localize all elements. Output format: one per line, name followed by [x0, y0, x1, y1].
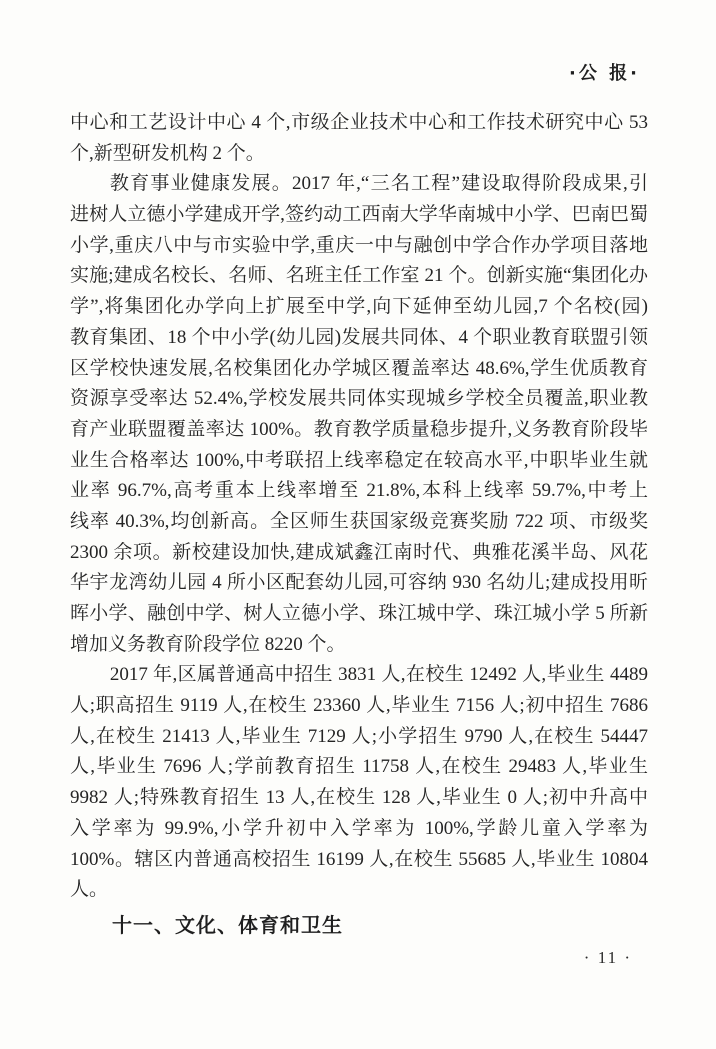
text-line: 资源享受率达 52.4%,学校发展共同体实现城乡学校全员覆盖,职业教	[70, 384, 648, 415]
text-line: 入学率为 99.9%,小学升初中入学率为 100%,学龄儿童入学率为	[70, 814, 648, 845]
text-line: 人,在校生 21413 人,毕业生 7129 人;小学招生 9790 人,在校生…	[70, 722, 648, 753]
text-line: 学”,将集团化办学向上扩展至中学,向下延伸至幼儿园,7 个名校(园)	[70, 292, 648, 323]
text-line: 业率 96.7%,高考重本上线率增至 21.8%,本科上线率 59.7%,中考上	[70, 476, 648, 507]
text-line: 育产业联盟覆盖率达 100%。教育教学质量稳步提升,义务教育阶段毕	[70, 415, 648, 446]
text-line: 9982 人;特殊教育招生 13 人,在校生 128 人,毕业生 0 人;初中升…	[70, 783, 648, 814]
running-header: ·公 报·	[569, 59, 640, 85]
text-line: 增加义务教育阶段学位 8220 个。	[70, 630, 648, 661]
text-line: 实施;建成名校长、名师、名班主任工作室 21 个。创新实施“集团化办	[70, 261, 648, 292]
text-line: 人;职高招生 9119 人,在校生 23360 人,毕业生 7156 人;初中招…	[70, 691, 648, 722]
text-line: 教育集团、18 个中小学(幼儿园)发展共同体、4 个职业教育联盟引领全	[70, 323, 648, 354]
text-line: 个,新型研发机构 2 个。	[70, 139, 648, 170]
text-line: 华宇龙湾幼儿园 4 所小区配套幼儿园,可容纳 930 名幼儿;建成投用昕	[70, 568, 648, 599]
text-line: 小学,重庆八中与市实验中学,重庆一中与融创中学合作办学项目落地	[70, 231, 648, 262]
page-number: · 11 ·	[584, 948, 632, 968]
text-line: 晖小学、融创中学、树人立德小学、珠江城中学、珠江城小学 5 所新校,	[70, 599, 648, 630]
body-text: 中心和工艺设计中心 4 个,市级企业技术中心和工作技术研究中心 53个,新型研发…	[70, 108, 648, 906]
text-line: 2017 年,区属普通高中招生 3831 人,在校生 12492 人,毕业生 4…	[70, 660, 648, 691]
text-line: 教育事业健康发展。2017 年,“三名工程”建设取得阶段成果,引	[70, 169, 648, 200]
text-line: 进树人立德小学建成开学,签约动工西南大学华南城中小学、巴南巴蜀	[70, 200, 648, 231]
text-line: 2300 余项。新校建设加快,建成斌鑫江南时代、典雅花溪半岛、风花树、	[70, 538, 648, 569]
section-heading: 十一、文化、体育和卫生	[112, 909, 343, 938]
text-line: 业生合格率达 100%,中考联招上线率稳定在较高水平,中职毕业生就	[70, 446, 648, 477]
text-line: 线率 40.3%,均创新高。全区师生获国家级竞赛奖励 722 项、市级奖	[70, 507, 648, 538]
document-page: ·公 报· 中心和工艺设计中心 4 个,市级企业技术中心和工作技术研究中心 53…	[0, 0, 716, 1049]
text-line: 中心和工艺设计中心 4 个,市级企业技术中心和工作技术研究中心 53	[70, 108, 648, 139]
text-line: 区学校快速发展,名校集团化办学城区覆盖率达 48.6%,学生优质教育	[70, 354, 648, 385]
text-line: 100%。辖区内普通高校招生 16199 人,在校生 55685 人,毕业生 1…	[70, 845, 648, 876]
text-line: 人,毕业生 7696 人;学前教育招生 11758 人,在校生 29483 人,…	[70, 752, 648, 783]
text-line: 人。	[70, 875, 648, 906]
